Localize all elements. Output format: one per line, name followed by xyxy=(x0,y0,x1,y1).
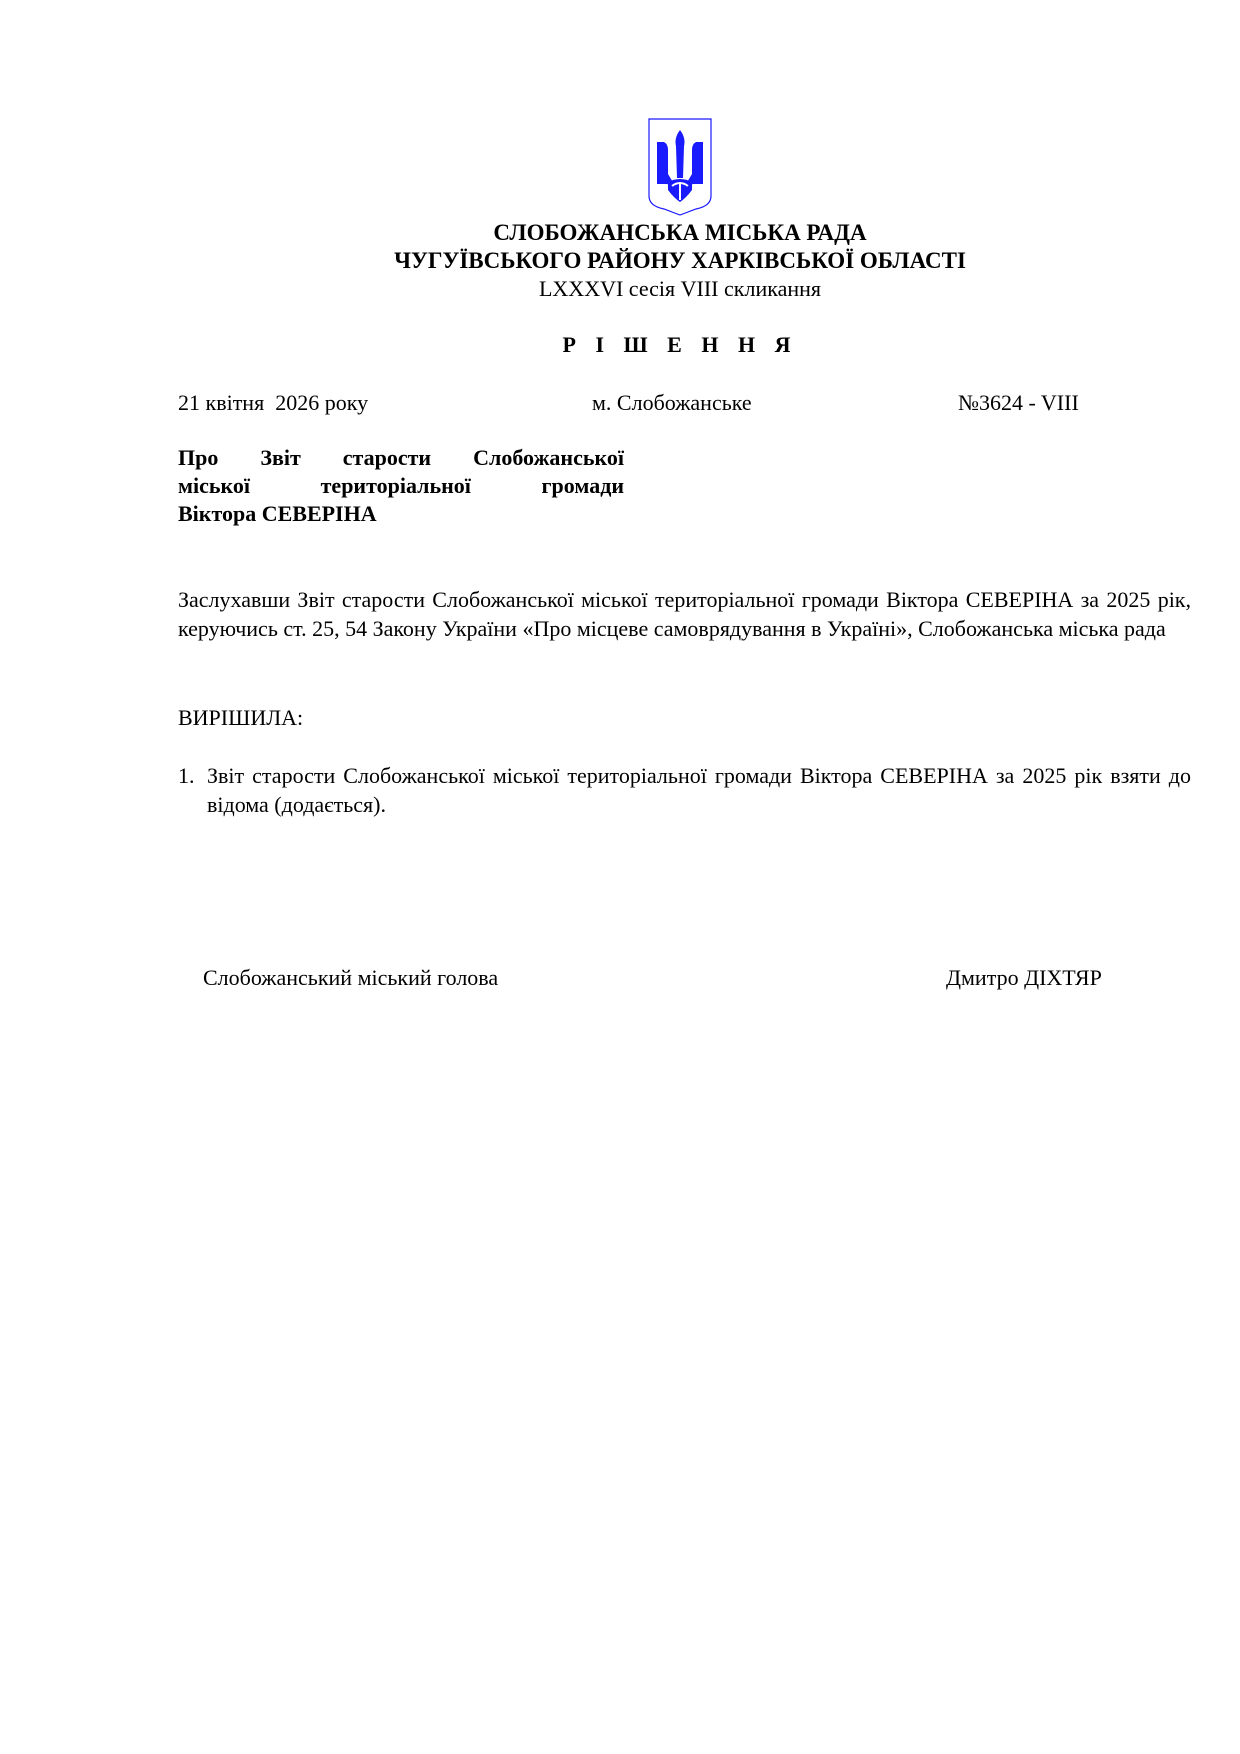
council-name: СЛОБОЖАНСЬКА МІСЬКА РАДА xyxy=(0,219,1240,247)
document-title: Р І Ш Е Н Н Я xyxy=(0,332,1240,358)
decided-label: ВИРІШИЛА: xyxy=(178,705,303,731)
preamble-paragraph: Заслухавши Звіт старости Слобожанської м… xyxy=(178,585,1191,643)
coat-of-arms-icon xyxy=(646,116,714,216)
subject-line: міської територіальної громади xyxy=(178,472,624,500)
decision-item: 1. Звіт старости Слобожанської міської т… xyxy=(178,761,1191,819)
subject-line: Віктора СЕВЕРІНА xyxy=(178,500,624,528)
district-name: ЧУГУЇВСЬКОГО РАЙОНУ ХАРКІВСЬКОЇ ОБЛАСТІ xyxy=(0,247,1240,275)
item-number: 1. xyxy=(178,761,195,790)
signatory-role: Слобожанський міський голова xyxy=(203,965,498,991)
session-info: LXXXVI сесія VIII скликання xyxy=(0,275,1240,303)
decision-number: №3624 - VIII xyxy=(958,390,1079,416)
signatory-name: Дмитро ДІХТЯР xyxy=(946,965,1102,991)
item-text: Звіт старости Слобожанської міської тери… xyxy=(207,761,1191,819)
subject-line: Про Звіт старости Слобожанської xyxy=(178,444,624,472)
decision-subject: Про Звіт старости Слобожанської міської … xyxy=(178,444,624,528)
decision-place: м. Слобожанське xyxy=(592,390,752,416)
decision-date: 21 квітня 2026 року xyxy=(178,390,368,416)
